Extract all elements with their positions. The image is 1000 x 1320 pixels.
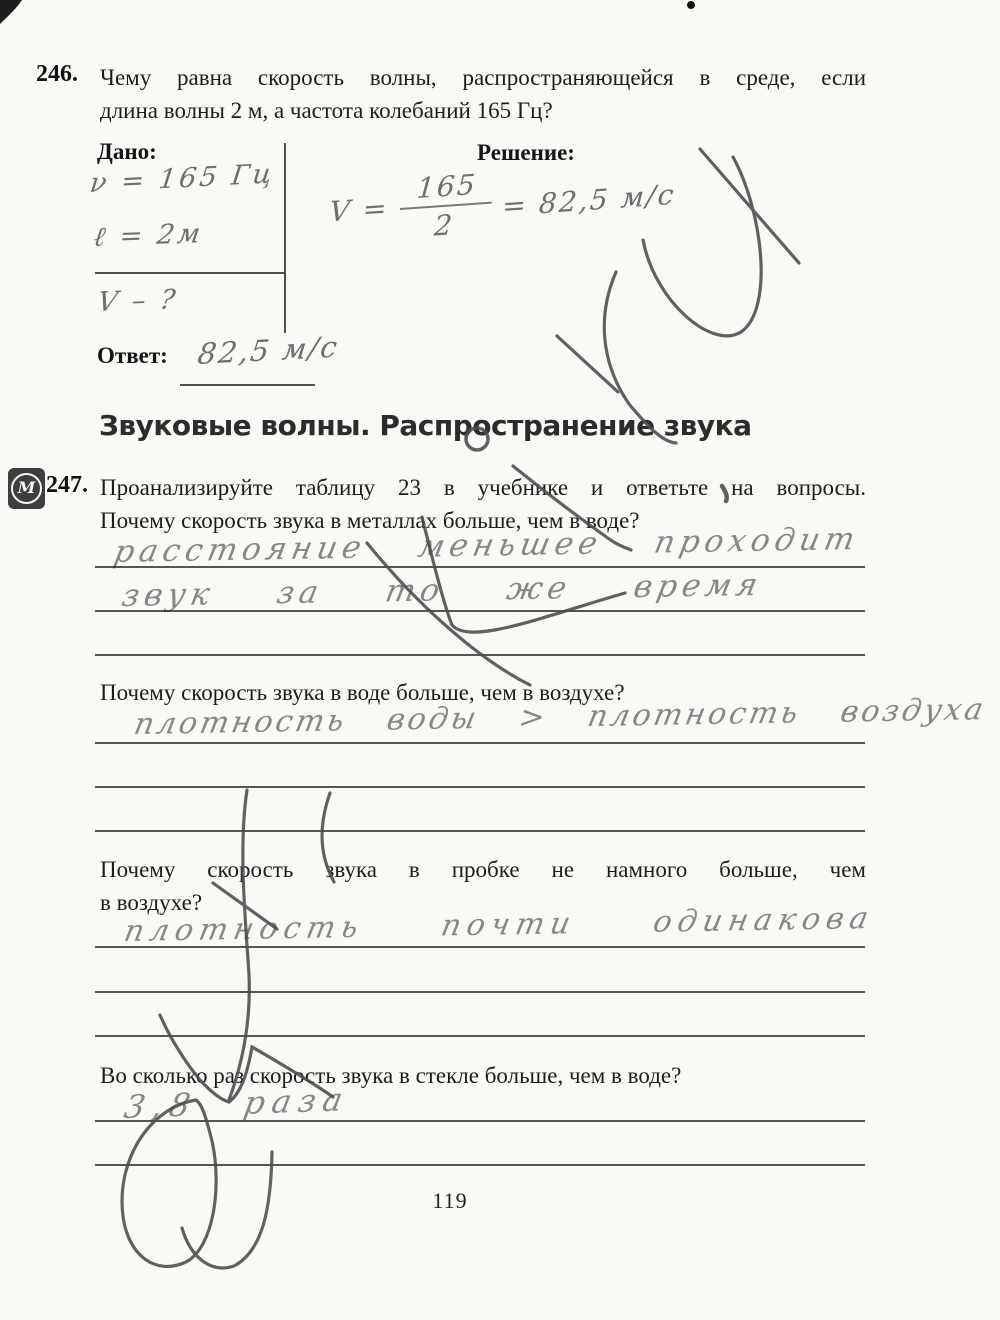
solution-fraction: 165 2 [397,167,494,245]
answer-label: Ответ: [97,343,168,369]
answer-rule [95,830,865,832]
answer-rule [95,1164,865,1166]
answer-rule [95,786,865,788]
section-heading: Звуковые волны. Распространение звука [99,409,751,442]
m-marker-ring: М [11,473,42,504]
problem-246-question-line2: длина волны 2 м, а частота колебаний 165… [100,94,553,127]
solution-result: = 82,5 м/с [501,177,677,222]
problem-246-question-line1: Чему равна скорость волны, распространяю… [100,61,866,94]
answer-rule [95,1035,865,1037]
given-handwriting-unknown: V – ? [96,284,180,318]
workbook-scan-page: 246. Чему равна скорость волны, распрост… [0,0,1000,1320]
answer-handwriting: 82,5 м/с [196,330,341,371]
page-number: 119 [380,1188,520,1214]
scan-dot-artifact [687,1,695,9]
answer-rule [95,991,865,993]
problem-247-question3-line1: Почему скорость звука в пробке не намног… [100,853,866,886]
solution-fraction-denominator: 2 [433,206,455,242]
solution-lhs: V = [328,191,389,228]
solution-fraction-numerator: 165 [399,167,494,210]
m-margin-marker-icon: М [8,468,45,509]
m-marker-letter: М [18,480,36,496]
given-divider-vertical-line [284,143,286,333]
answer-rule [95,610,865,612]
given-label: Дано: [97,139,157,165]
answer-rule [95,946,865,948]
given-handwriting-wavelength: ℓ = 2м [92,218,206,253]
problem-247-intro: Проанализируйте таблицу 23 в учебнике и … [100,471,866,504]
answer-rule [95,654,865,656]
answer-rule [95,742,865,744]
problem-246-number: 246. [36,61,78,88]
problem-247-number: 247. [46,472,88,499]
q1-answer-handwriting-line2: звук за то же время [119,567,766,614]
q3-answer-handwriting: плотность почти одинакова [121,901,877,949]
answer-rule [95,1120,865,1122]
given-divider-horizontal-line [95,272,285,274]
scan-corner-artifact [0,0,22,24]
answer-underline [180,384,315,386]
solution-handwriting: V = 165 2 = 82,5 м/с [327,154,678,250]
